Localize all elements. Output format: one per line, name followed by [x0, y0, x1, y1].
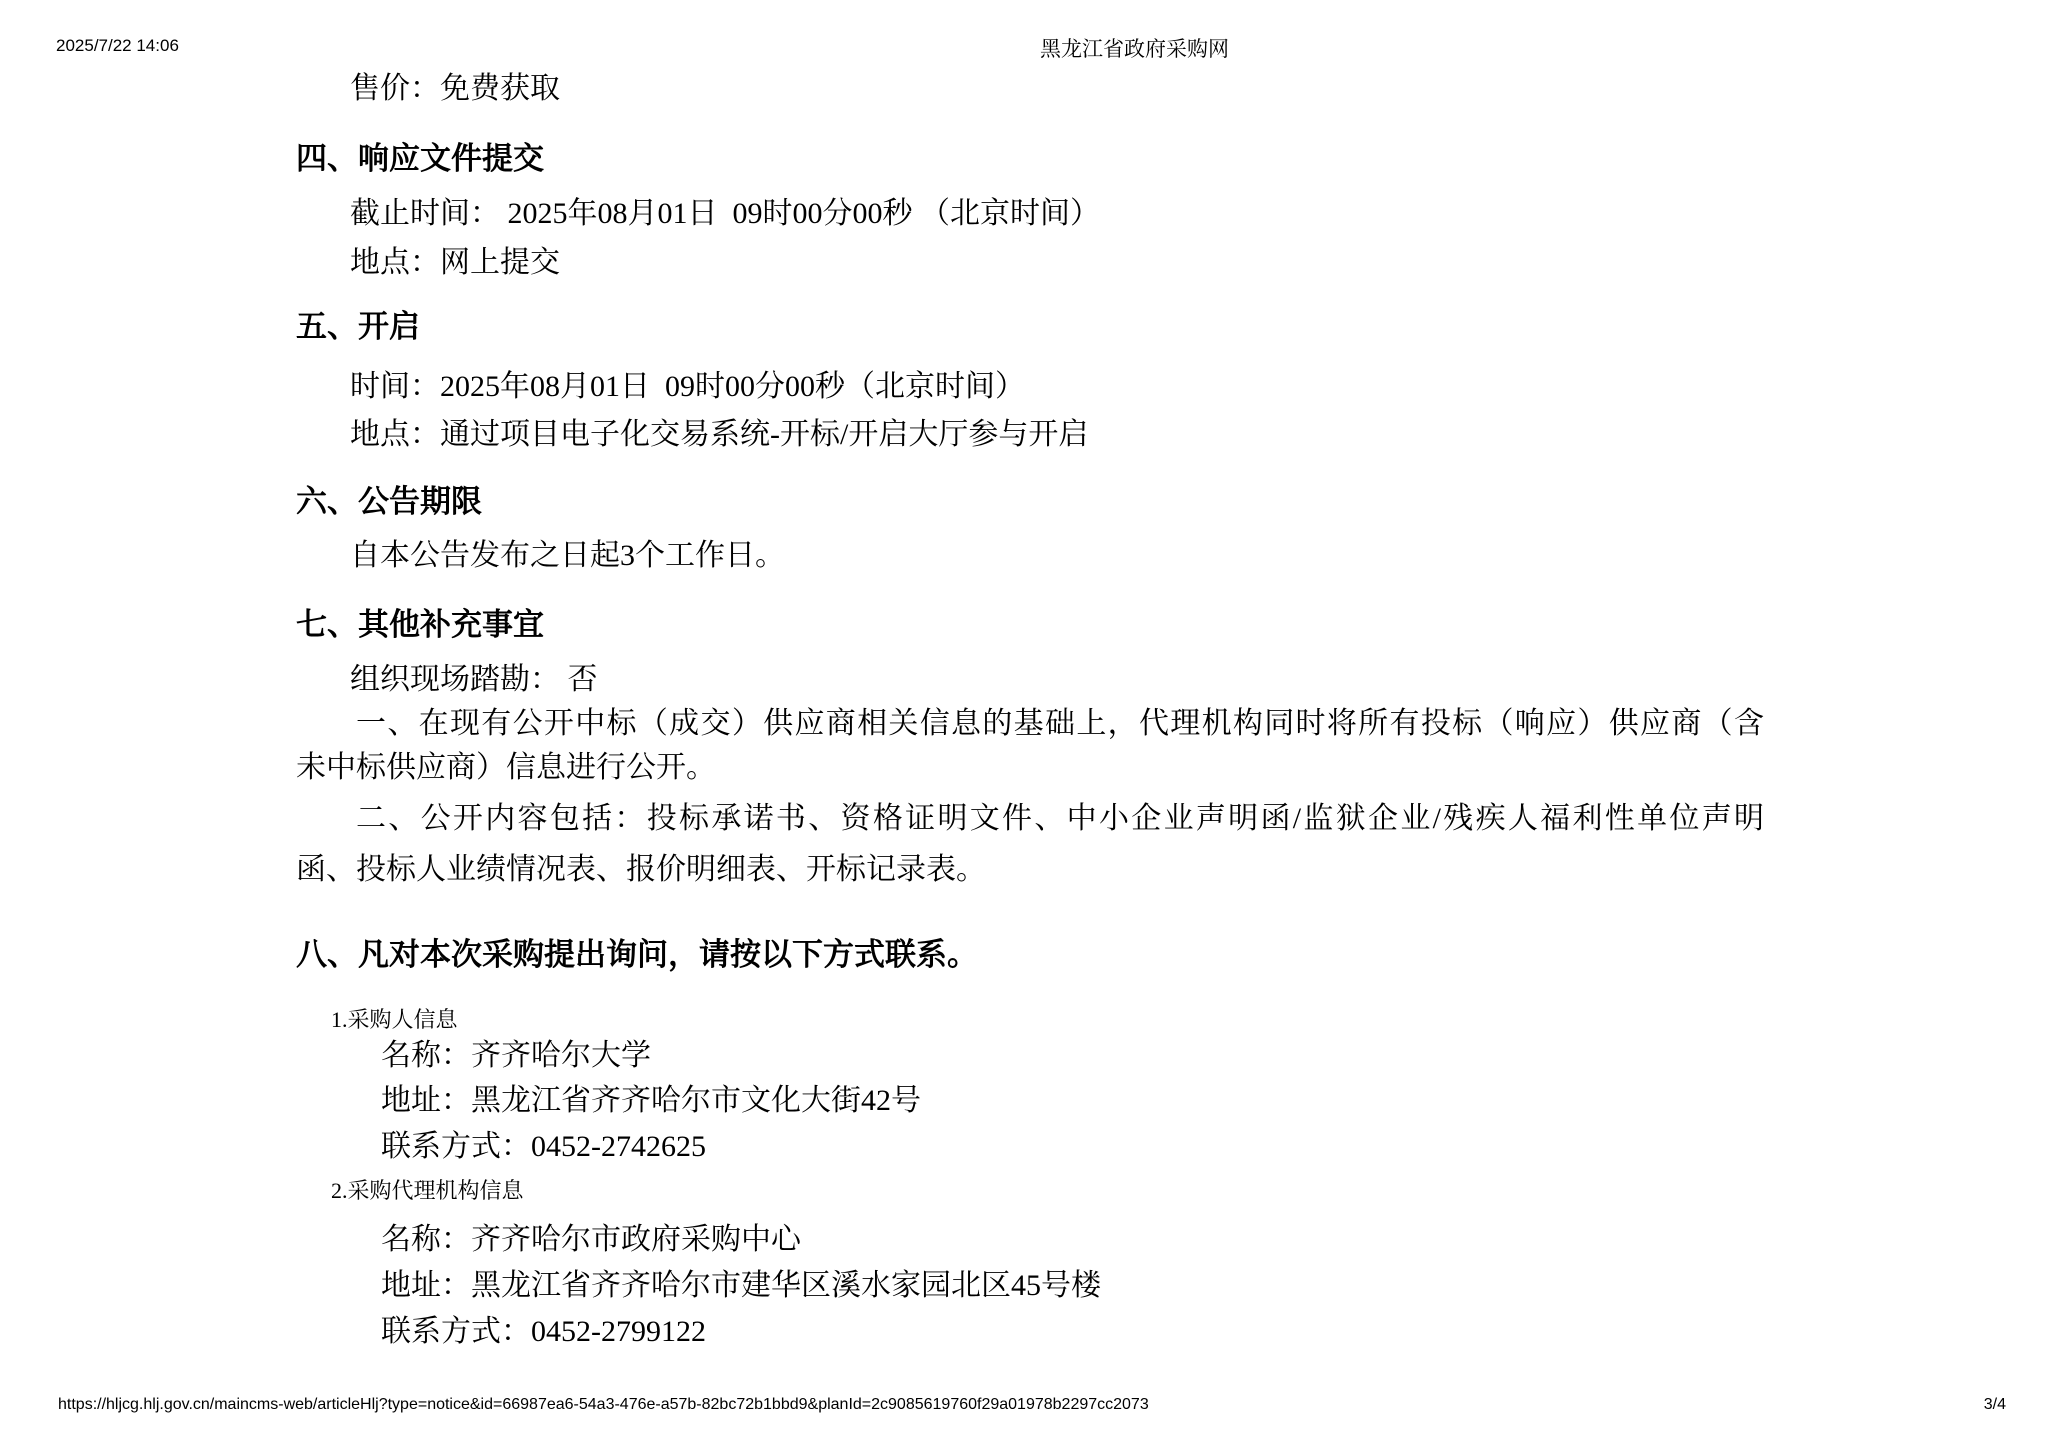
section6-heading: 六、公告期限	[296, 483, 482, 521]
section4-location: 地点：网上提交	[350, 245, 560, 281]
section7-para1-line2: 未中标供应商）信息进行公开。	[296, 750, 716, 786]
section7-site-survey: 组织现场踏勘： 否	[350, 662, 598, 698]
section7-heading: 七、其他补充事宜	[296, 606, 544, 644]
agency-contact: 联系方式：0452-2799122	[381, 1314, 706, 1350]
print-preview-page: 2025/7/22 14:06 黑龙江省政府采购网 售价：免费获取 四、响应文件…	[0, 0, 2048, 1447]
section6-body: 自本公告发布之日起3个工作日。	[350, 538, 785, 574]
section4-heading: 四、响应文件提交	[296, 140, 544, 178]
section5-heading: 五、开启	[296, 308, 420, 346]
section7-para1-line1: 一、在现有公开中标（成交）供应商相关信息的基础上，代理机构同时将所有投标（响应）…	[296, 705, 1764, 743]
section5-time: 时间：2025年08月01日 09时00分00秒（北京时间）	[350, 369, 1025, 405]
print-footer-url: https://hljcg.hlj.gov.cn/maincms-web/art…	[58, 1396, 1149, 1414]
section7-para2-line2: 函、投标人业绩情况表、报价明细表、开标记录表。	[296, 852, 986, 888]
section8-heading: 八、凡对本次采购提出询问，请按以下方式联系。	[296, 936, 978, 974]
purchaser-address: 地址：黑龙江省齐齐哈尔市文化大街42号	[381, 1083, 921, 1119]
section5-location: 地点：通过项目电子化交易系统-开标/开启大厅参与开启	[350, 417, 1088, 453]
agency-info-label: 2.采购代理机构信息	[331, 1177, 524, 1204]
sale-price-line: 售价：免费获取	[350, 71, 560, 107]
site-title: 黑龙江省政府采购网	[1040, 33, 1229, 63]
agency-address: 地址：黑龙江省齐齐哈尔市建华区溪水家园北区45号楼	[381, 1268, 1101, 1304]
purchaser-info-label: 1.采购人信息	[331, 1006, 458, 1033]
section4-deadline: 截止时间： 2025年08月01日 09时00分00秒 （北京时间）	[350, 196, 1100, 232]
section7-para2-line1: 二、公开内容包括：投标承诺书、资格证明文件、中小企业声明函/监狱企业/残疾人福利…	[296, 800, 1764, 838]
agency-name: 名称：齐齐哈尔市政府采购中心	[381, 1222, 801, 1258]
purchaser-name: 名称：齐齐哈尔大学	[381, 1038, 651, 1074]
purchaser-contact: 联系方式：0452-2742625	[381, 1129, 706, 1165]
print-timestamp: 2025/7/22 14:06	[56, 36, 179, 56]
page-number-indicator: 3/4	[1984, 1396, 2006, 1414]
